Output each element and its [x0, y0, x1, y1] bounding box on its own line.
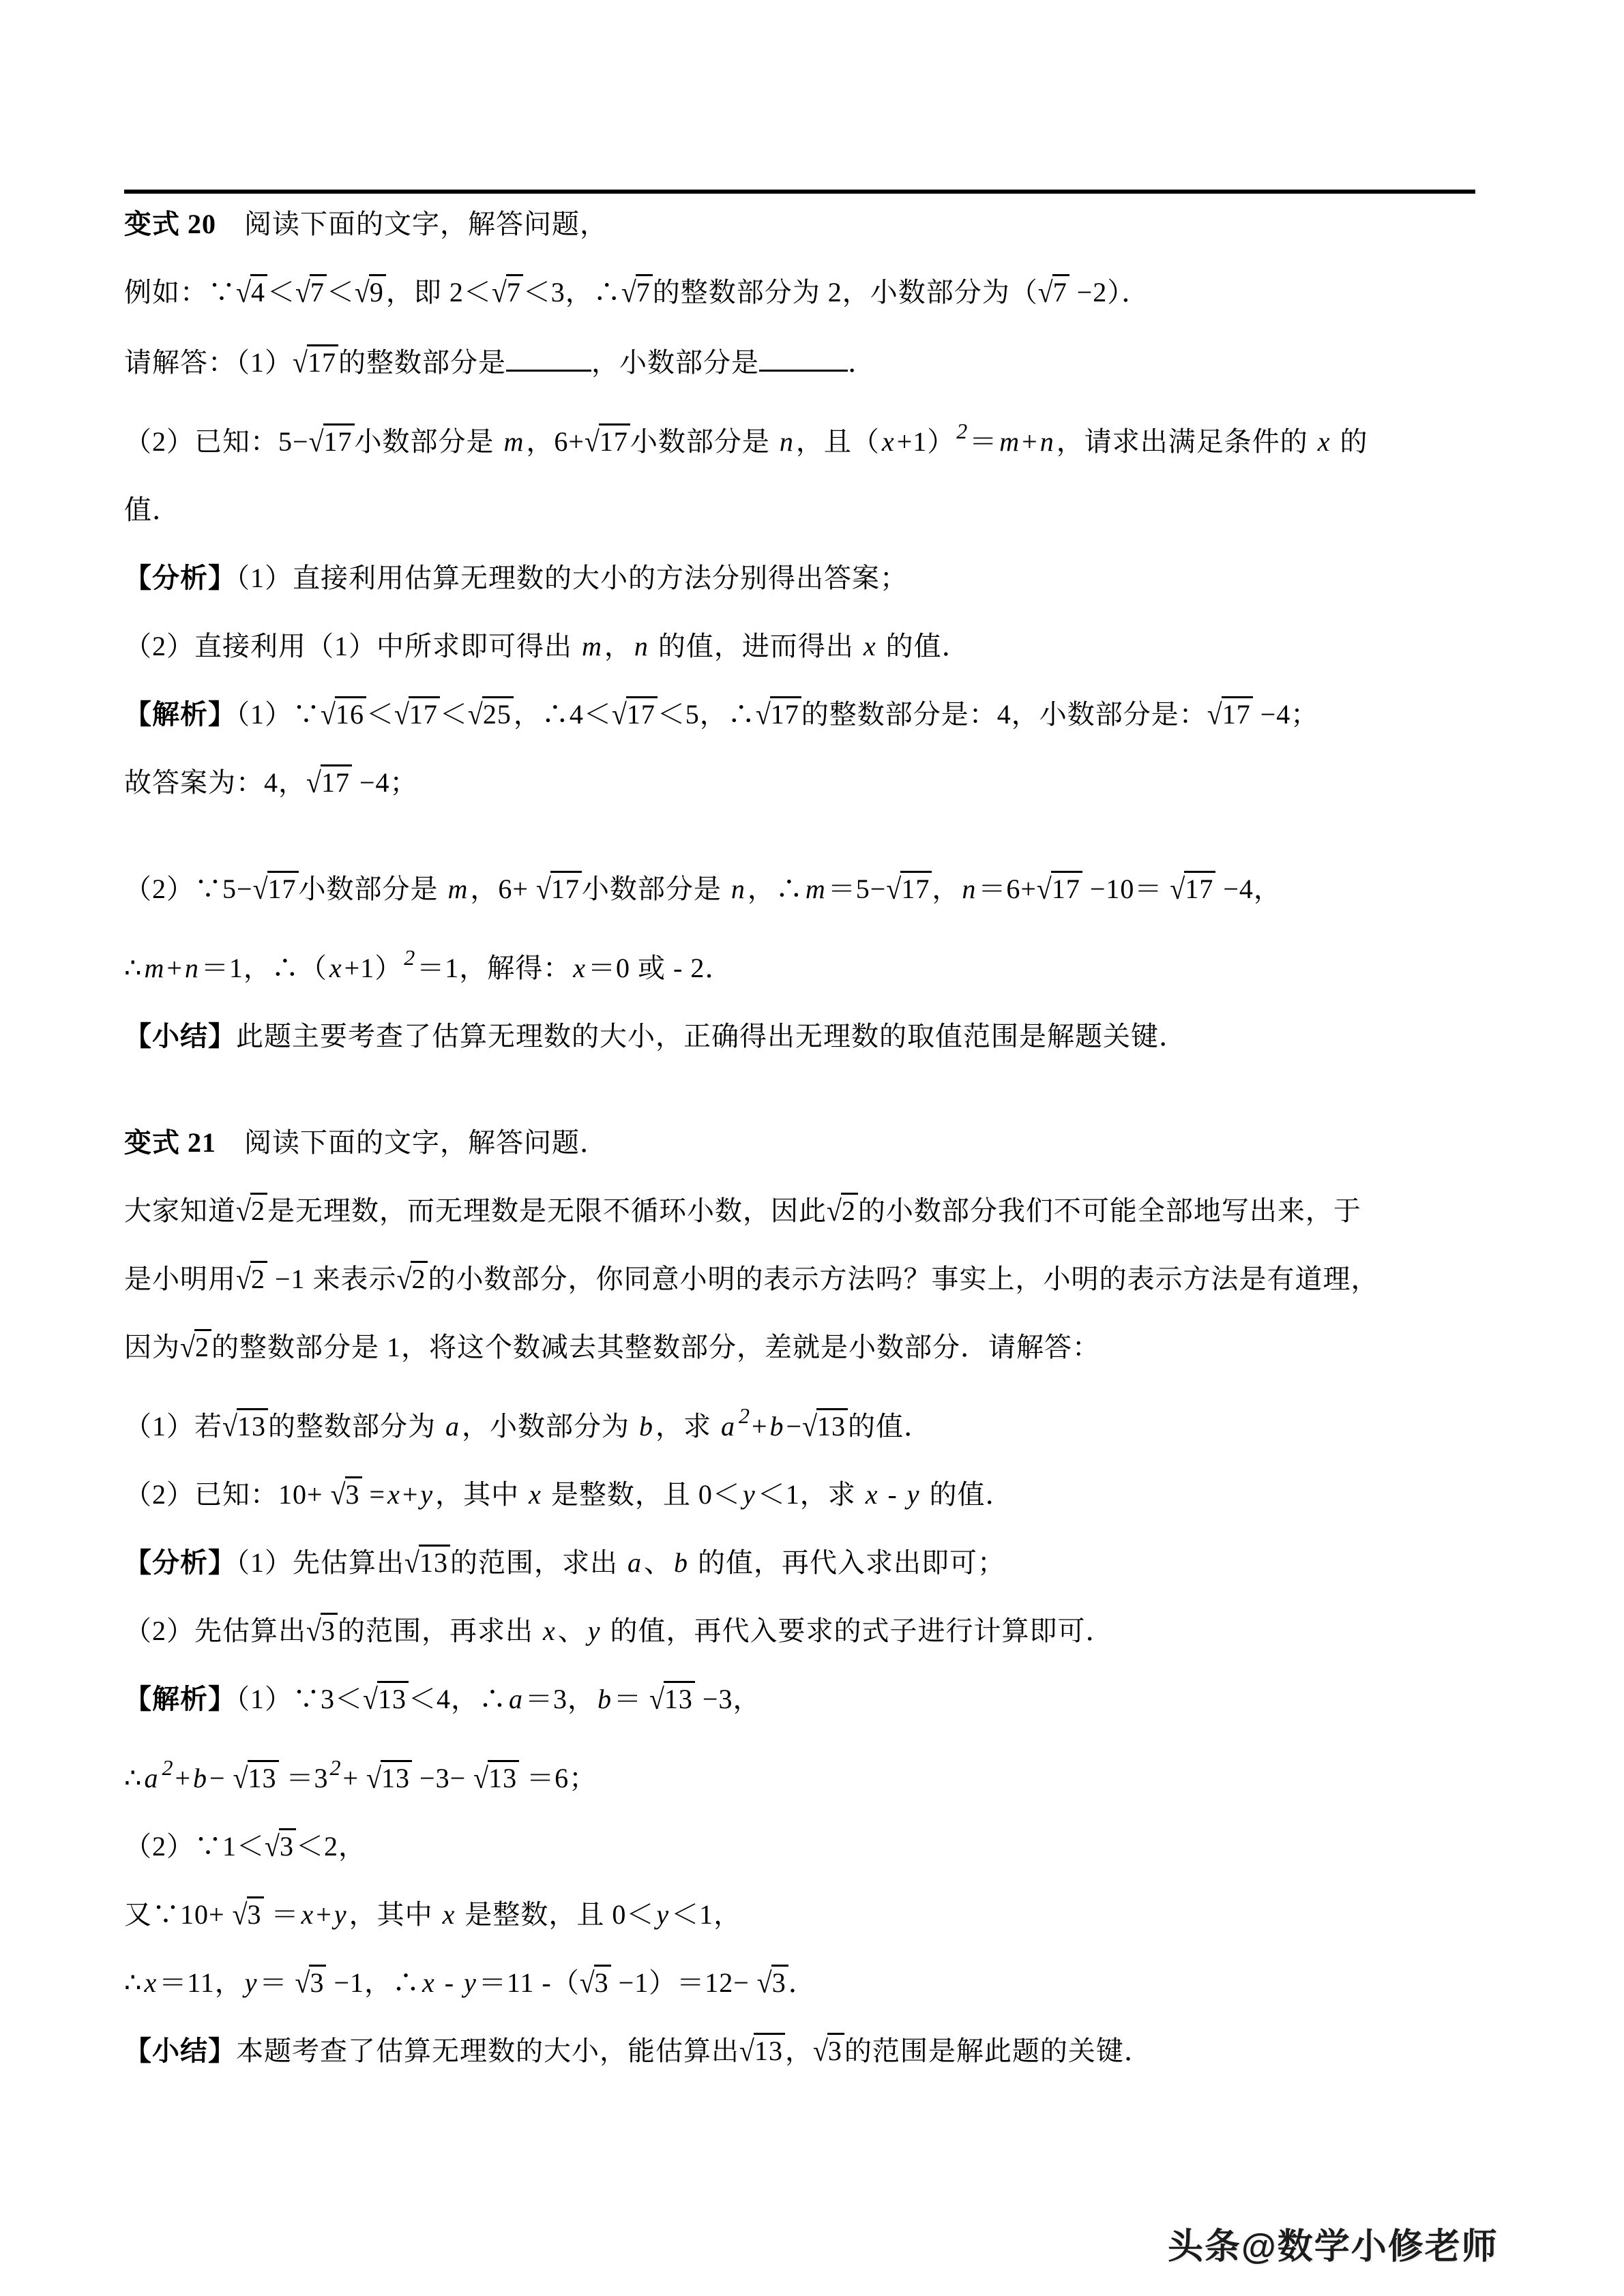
radical-expression: √17 [394, 699, 440, 730]
radical-expression: √17 [756, 699, 801, 730]
math-variable: b [637, 1411, 655, 1442]
radicand: 7 [506, 274, 523, 308]
radicand: 17 [599, 423, 630, 457]
document-page: { "page": { "background": "#ffffff", "te… [0, 0, 1624, 2296]
text-run: 的小数部分我们不可能全部地写出来，于 [858, 1195, 1361, 1226]
watermark-text: 头条@数学小修老师 [1168, 2218, 1498, 2269]
text-run: ＝ [260, 1967, 295, 1998]
text-line: 请解答：（1）√17的整数部分是，小数部分是． [124, 340, 1495, 384]
radicand: 17 [770, 696, 801, 730]
text-run: ，小数部分是 [591, 347, 759, 378]
radicand: 7 [310, 274, 327, 308]
text-run: ，6+ [526, 426, 585, 457]
math-variable: y [462, 1967, 479, 1998]
math-variable: x [441, 1899, 458, 1930]
text-run: ，即 2＜ [386, 277, 492, 308]
text-run: ＝1，解得： [417, 953, 571, 983]
radicand: 17 [409, 696, 440, 730]
radical-sign: √ [363, 1677, 379, 1723]
radical-sign: √ [309, 419, 325, 465]
text-run: 小数部分是 [355, 426, 502, 457]
text-run: （2）先估算出 [124, 1615, 306, 1646]
radical-expression: √7 [492, 277, 523, 308]
text-line: （2）已知：5−√17小数部分是 m，6+√17小数部分是 n，且（x+1）2＝… [124, 410, 1495, 463]
bold-label: 【小结】 [124, 2036, 236, 2066]
text-run: 的范围是解此题的关键． [844, 2036, 1152, 2066]
text-line: ∴x＝11，y＝ √3 −1，∴x - y＝11 -（√3 −1）＝12− √3… [124, 1962, 1495, 2004]
text-run: − [209, 1763, 233, 1793]
radical-expression: √7 [295, 277, 327, 308]
radical-expression: √3 [757, 1967, 788, 1998]
radicand: 9 [369, 274, 386, 308]
radicand: 16 [335, 696, 366, 730]
radical-sign: √ [1207, 692, 1223, 738]
radical-sign: √ [321, 692, 336, 738]
text-line: ∴m+n＝1，∴（x+1）2＝1，解得：x＝0 或 - 2． [124, 936, 1495, 989]
radical-sign: √ [468, 692, 484, 738]
radicand: 4 [250, 274, 267, 308]
bold-label: 变式 21 [124, 1127, 216, 1158]
radical-sign: √ [293, 340, 308, 386]
radicand: 13 [664, 1681, 695, 1714]
radicand: 17 [626, 696, 658, 730]
radical-sign: √ [233, 1892, 248, 1938]
bold-label: 【小结】 [124, 1021, 236, 1052]
bold-label: 变式 20 [124, 209, 216, 239]
math-variable: y [654, 1899, 671, 1930]
text-run: 此题主要考查了估算无理数的大小，正确得出无理数的取值范围是解题关键． [236, 1021, 1187, 1052]
bold-label: 【解析】 [124, 1684, 236, 1714]
math-variable: b [595, 1684, 614, 1714]
text-line: 例如：∵√4＜√7＜√9，即 2＜√7＜3，∴√7的整数部分为 2，小数部分为（… [124, 271, 1495, 314]
radical-sign: √ [1038, 270, 1054, 316]
text-line: 又∵10+ √3 ＝x+y，其中 x 是整数，且 0＜y＜1， [124, 1894, 1495, 1936]
text-run: ， [604, 631, 632, 661]
text-run: ，∴4＜ [514, 699, 612, 730]
text-run: ＝ [264, 1899, 299, 1930]
radicand: 3 [771, 1965, 788, 1998]
radicand: 17 [321, 764, 352, 798]
radical-expression: √17 [293, 347, 338, 378]
radical-sign: √ [585, 419, 600, 465]
text-run: −1，∴ [326, 1967, 420, 1998]
radicand: 13 [237, 1408, 268, 1442]
radical-sign: √ [236, 270, 252, 316]
radicand: 13 [381, 1760, 412, 1793]
radical-expression: √13 [649, 1684, 695, 1714]
radical-sign: √ [236, 1189, 252, 1234]
text-run: 、 [644, 1547, 672, 1578]
radicand: 17 [307, 344, 338, 378]
radicand: 2 [250, 1261, 267, 1294]
radical-sign: √ [492, 270, 507, 316]
radical-sign: √ [180, 1325, 196, 1371]
radicand: 25 [482, 696, 514, 730]
text-run: ，请求出满足条件的 [1057, 426, 1316, 457]
text-run: （2）直接利用（1）中所求即可得出 [124, 631, 580, 661]
radical-sign: √ [621, 270, 637, 316]
radical-expression: √17 [585, 426, 630, 457]
text-line: 变式 20 阅读下面的文字，解答问题， [124, 203, 1495, 245]
radical-sign: √ [222, 1404, 238, 1450]
radical-expression: √17 [1037, 874, 1082, 904]
text-line: 【解析】（1）∵3＜√13＜4，∴a＝3，b＝ √13 −3， [124, 1678, 1495, 1720]
radical-expression: √2 [827, 1195, 858, 1226]
math-variable: a [142, 1763, 160, 1793]
text-run: 是整数，且 0＜ [544, 1479, 741, 1510]
math-variable: x [863, 1479, 881, 1510]
text-run: + [316, 1899, 332, 1930]
radical-sign: √ [331, 1472, 346, 1518]
math-variable: x [880, 426, 897, 457]
radical-expression: √16 [321, 699, 366, 730]
radicand: 17 [1051, 871, 1082, 904]
radicand: 13 [377, 1681, 409, 1714]
text-run: 阅读下面的文字，解答问题． [216, 1127, 608, 1158]
text-line: （2）先估算出√3的范围，再求出 x、y 的值，再代入要求的式子进行计算即可． [124, 1610, 1495, 1652]
radical-sign: √ [306, 1609, 322, 1654]
text-run: + [166, 953, 183, 983]
text-run: ＝1，∴（ [201, 953, 327, 983]
text-run: ，求 [655, 1411, 719, 1442]
bold-label: 【分析】 [124, 1547, 236, 1578]
section-variant-20: 变式 20 阅读下面的文字，解答问题，例如：∵√4＜√7＜√9，即 2＜√7＜3… [124, 203, 1495, 1058]
radical-expression: √3 [295, 1967, 327, 1998]
text-run: （2）已知：10+ [124, 1479, 331, 1510]
text-run: 的值． [848, 1411, 932, 1442]
math-variable: n [729, 874, 748, 904]
math-variable: y [243, 1967, 260, 1998]
radical-expression: √7 [1038, 277, 1069, 308]
radical-sign: √ [265, 1824, 280, 1870]
text-run: ． [848, 347, 876, 378]
text-run: ∴ [124, 1967, 142, 1998]
text-run: ∴ [124, 953, 142, 983]
radical-sign: √ [1170, 867, 1185, 912]
radicand: 2 [841, 1193, 858, 1226]
radical-expression: √2 [236, 1195, 267, 1226]
text-run: 阅读下面的文字，解答问题， [216, 209, 608, 239]
document-content: 变式 20 阅读下面的文字，解答问题，例如：∵√4＜√7＜√9，即 2＜√7＜3… [124, 203, 1495, 2098]
text-run: 值． [124, 494, 180, 525]
text-run: （1）先估算出 [236, 1547, 404, 1578]
text-line: 变式 21 阅读下面的文字，解答问题． [124, 1122, 1495, 1164]
radical-expression: √4 [236, 277, 267, 308]
text-run: −4； [352, 767, 418, 798]
text-run: ＜ [440, 699, 468, 730]
radical-expression: √2 [180, 1332, 211, 1362]
math-variable: m [580, 631, 604, 661]
radical-sign: √ [253, 867, 269, 912]
text-line: （2）已知：10+ √3 =x+y，其中 x 是整数，且 0＜y＜1，求 x -… [124, 1474, 1495, 1516]
radicand: 13 [248, 1760, 279, 1793]
radical-expression: √17 [253, 874, 299, 904]
text-run: （1）∵ [236, 699, 321, 730]
radical-expression: √3 [233, 1899, 264, 1930]
text-line: （2）∵1＜√3＜2， [124, 1825, 1495, 1868]
text-run: 的值，进而得出 [651, 631, 861, 661]
radicand: 7 [1052, 274, 1069, 308]
text-run: 的整数部分是：4，小数部分是： [801, 699, 1207, 730]
radical-expression: √13 [233, 1763, 279, 1793]
radical-expression: √13 [802, 1411, 848, 1442]
text-run: 的小数部分，你同意小明的表示方法吗？事实上，小明的表示方法是有道理， [428, 1264, 1378, 1294]
text-run: ＜ [366, 699, 394, 730]
radical-expression: √3 [813, 2036, 844, 2066]
math-variable: y [905, 1479, 922, 1510]
text-run: −4， [1215, 874, 1282, 904]
text-run: ＝3， [525, 1684, 595, 1714]
radical-sign: √ [306, 760, 322, 806]
math-variable: m [803, 874, 828, 904]
text-run: 的整数部分是 1，将这个数减去其整数部分，差就是小数部分．请解答： [211, 1332, 1100, 1362]
text-run: ＝6； [519, 1763, 597, 1793]
text-run: −10＝ [1082, 874, 1170, 904]
radical-expression: √3 [331, 1479, 362, 1510]
text-run: ＝11 -（ [479, 1967, 580, 1998]
math-variable: n [1038, 426, 1057, 457]
text-run: ＜4，∴ [409, 1684, 507, 1714]
radicand: 3 [345, 1476, 362, 1510]
text-run: （1）直接利用估算无理数的大小的方法分别得出答案； [236, 563, 908, 593]
text-run: 的整数部分为 [268, 1411, 443, 1442]
text-run: 故答案为：4， [124, 767, 306, 798]
text-run: ＜2， [296, 1831, 366, 1862]
radical-sign: √ [536, 867, 552, 912]
text-run: +1） [344, 953, 403, 983]
text-run: + [752, 1411, 768, 1442]
text-run: ＝ [614, 1684, 649, 1714]
text-line: 值． [124, 489, 1495, 531]
radical-expression: √2 [236, 1264, 267, 1294]
radical-expression: √17 [1207, 699, 1253, 730]
radical-expression: √3 [306, 1615, 338, 1646]
text-line: 【分析】（1）直接利用估算无理数的大小的方法分别得出答案； [124, 557, 1495, 599]
text-run: 是小明用 [124, 1264, 236, 1294]
text-run: ＝ [969, 426, 997, 457]
text-run: 是无理数，而无理数是无限不循环小数，因此 [267, 1195, 827, 1226]
radical-sign: √ [739, 2029, 755, 2074]
text-run: 的 [1332, 426, 1368, 457]
top-divider-rule [124, 190, 1475, 194]
text-line: 大家知道√2是无理数，而无理数是无限不循环小数，因此√2的小数部分我们不可能全部… [124, 1190, 1495, 1232]
math-variable: x [327, 953, 344, 983]
radical-expression: √17 [612, 699, 658, 730]
radical-sign: √ [756, 692, 771, 738]
superscript: 2 [160, 1746, 175, 1789]
math-variable: a [443, 1411, 462, 1442]
text-run: + [175, 1763, 191, 1793]
text-line: 【小结】本题考查了估算无理数的大小，能估算出√13，√3的范围是解此题的关键． [124, 2030, 1495, 2072]
radical-expression: √13 [739, 2036, 785, 2066]
text-run: − [786, 1411, 803, 1442]
radicand: 2 [194, 1329, 211, 1362]
text-run: ，6+ [470, 874, 536, 904]
text-run: 的值，再代入要求的式子进行计算即可． [602, 1615, 1113, 1646]
text-run: 小数部分是 [582, 874, 729, 904]
radicand: 17 [1222, 696, 1253, 730]
text-run: 的值． [922, 1479, 1014, 1510]
radicand: 3 [279, 1828, 296, 1862]
text-run: （2）已知：5− [124, 426, 309, 457]
radicand: 3 [594, 1965, 611, 1998]
text-line: 【解析】（1）∵√16＜√17＜√25，∴4＜√17＜5，∴√17的整数部分是：… [124, 694, 1495, 736]
text-line: 【小结】此题主要考查了估算无理数的大小，正确得出无理数的取值范围是解题关键． [124, 1015, 1495, 1058]
text-run: ． [788, 1967, 816, 1998]
text-run: 、 [558, 1615, 586, 1646]
math-variable: x [861, 631, 879, 661]
text-line: （2）∵5−√17小数部分是 m，6+ √17小数部分是 n，∴m＝5−√17，… [124, 868, 1495, 910]
radicand: 3 [827, 2033, 844, 2066]
text-run: 小数部分是 [299, 874, 446, 904]
math-variable: m [142, 953, 166, 983]
text-run: ＜5，∴ [658, 699, 756, 730]
radicand: 17 [267, 871, 299, 904]
radical-expression: √17 [886, 874, 932, 904]
math-variable: n [183, 953, 201, 983]
text-run: （2）∵5− [124, 874, 253, 904]
radical-sign: √ [886, 867, 902, 912]
radicand: 17 [550, 871, 582, 904]
radical-expression: √3 [265, 1831, 296, 1862]
math-variable: y [586, 1615, 603, 1646]
math-variable: n [960, 874, 978, 904]
radical-sign: √ [394, 692, 410, 738]
text-line: （1）若√13的整数部分为 a，小数部分为 b，求 a2+b−√13的值． [124, 1395, 1495, 1448]
radical-sign: √ [612, 692, 628, 738]
radicand: 13 [754, 2033, 785, 2066]
text-run: 又∵10+ [124, 1899, 233, 1930]
text-run: （2）∵1＜ [124, 1831, 265, 1862]
superscript: 2 [737, 1395, 752, 1437]
text-run: −1 来表示 [267, 1264, 397, 1294]
text-run: ＝0 或 - 2． [588, 953, 733, 983]
math-variable: y [332, 1899, 349, 1930]
math-variable: x [299, 1899, 316, 1930]
text-run: 因为 [124, 1332, 180, 1362]
text-line: 因为√2的整数部分是 1，将这个数减去其整数部分，差就是小数部分．请解答： [124, 1326, 1495, 1369]
math-variable: a [507, 1684, 525, 1714]
math-variable: x [142, 1967, 159, 1998]
radicand: 17 [1184, 871, 1215, 904]
text-run: ，且（ [796, 426, 880, 457]
text-run: + [343, 1763, 367, 1793]
radicand: 13 [488, 1760, 519, 1793]
text-run: ， [932, 874, 960, 904]
text-run: + [402, 1479, 419, 1510]
text-run: 大家知道 [124, 1195, 236, 1226]
text-run: ，其中 [349, 1899, 441, 1930]
radical-sign: √ [649, 1677, 665, 1723]
text-run: = [362, 1479, 386, 1510]
radical-expression: √2 [397, 1264, 428, 1294]
text-run: 的整数部分为 2，小数部分为（ [653, 277, 1038, 308]
math-variable: b [768, 1411, 786, 1442]
text-run: ∴ [124, 1763, 142, 1793]
radical-sign: √ [236, 1257, 252, 1302]
text-run: 的值． [879, 631, 970, 661]
radical-expression: √7 [621, 277, 653, 308]
radicand: 17 [323, 423, 355, 457]
radical-expression: √25 [468, 699, 514, 730]
text-run: −2）． [1069, 277, 1150, 308]
text-run: ＜1，求 [758, 1479, 863, 1510]
radical-sign: √ [404, 1540, 420, 1586]
text-run: ， [785, 2036, 813, 2066]
text-run: 的值，再代入求出即可； [690, 1547, 1005, 1578]
text-run: −3− [412, 1763, 473, 1793]
radicand: 3 [321, 1613, 338, 1646]
radical-sign: √ [295, 1960, 311, 2006]
text-run: −3， [695, 1684, 761, 1714]
math-variable: a [625, 1547, 644, 1578]
radical-expression: √9 [355, 277, 386, 308]
text-run: （1）若 [124, 1411, 222, 1442]
radical-expression: √17 [309, 426, 355, 457]
text-run: 是整数，且 0＜ [457, 1899, 654, 1930]
text-line: （2）直接利用（1）中所求即可得出 m，n 的值，进而得出 x 的值． [124, 625, 1495, 668]
math-variable: y [741, 1479, 758, 1510]
text-run: （1）∵3＜ [236, 1684, 363, 1714]
answer-blank [506, 340, 591, 372]
radicand: 17 [900, 871, 932, 904]
radical-sign: √ [802, 1404, 818, 1450]
radical-expression: √13 [222, 1411, 268, 1442]
math-variable: n [632, 631, 651, 661]
text-line: ∴a2+b− √13 ＝32+ √13 −3− √13 ＝6； [124, 1746, 1495, 1800]
math-variable: x [527, 1479, 544, 1510]
text-run: 的范围，求出 [450, 1547, 625, 1578]
radical-sign: √ [473, 1756, 489, 1802]
math-variable: y [418, 1479, 435, 1510]
radical-expression: √13 [363, 1684, 409, 1714]
section-variant-21: 变式 21 阅读下面的文字，解答问题．大家知道√2是无理数，而无理数是无限不循环… [124, 1122, 1495, 2072]
radical-sign: √ [813, 2029, 829, 2074]
bold-label: 【解析】 [124, 699, 236, 730]
text-run: ＝11， [159, 1967, 243, 1998]
radical-sign: √ [757, 1960, 773, 2006]
radical-expression: √17 [536, 874, 582, 904]
radicand: 13 [419, 1545, 450, 1578]
radical-sign: √ [366, 1756, 382, 1802]
math-variable: m [502, 426, 527, 457]
math-variable: n [778, 426, 796, 457]
superscript: 2 [955, 410, 969, 452]
text-run: ＝5− [828, 874, 887, 904]
bold-label: 【分析】 [124, 563, 236, 593]
text-run: 的范围，再求出 [338, 1615, 541, 1646]
text-run: 例如：∵ [124, 277, 236, 308]
radical-expression: √13 [366, 1763, 412, 1793]
text-run: + [1022, 426, 1038, 457]
radical-expression: √13 [404, 1547, 450, 1578]
math-variable: b [672, 1547, 690, 1578]
math-variable: x [420, 1967, 437, 1998]
radical-expression: √13 [473, 1763, 519, 1793]
math-variable: x [385, 1479, 402, 1510]
radicand: 3 [309, 1965, 326, 1998]
text-run: 本题考查了估算无理数的大小，能估算出 [236, 2036, 739, 2066]
text-run: 小数部分是 [630, 426, 778, 457]
text-run: ，其中 [435, 1479, 527, 1510]
text-run: ＜ [267, 277, 295, 308]
text-line: 【分析】（1）先估算出√13的范围，求出 a、b 的值，再代入求出即可； [124, 1542, 1495, 1584]
superscript: 2 [402, 936, 417, 979]
radical-sign: √ [1037, 867, 1052, 912]
math-variable: m [446, 874, 471, 904]
math-variable: b [191, 1763, 209, 1793]
radicand: 3 [247, 1896, 264, 1930]
